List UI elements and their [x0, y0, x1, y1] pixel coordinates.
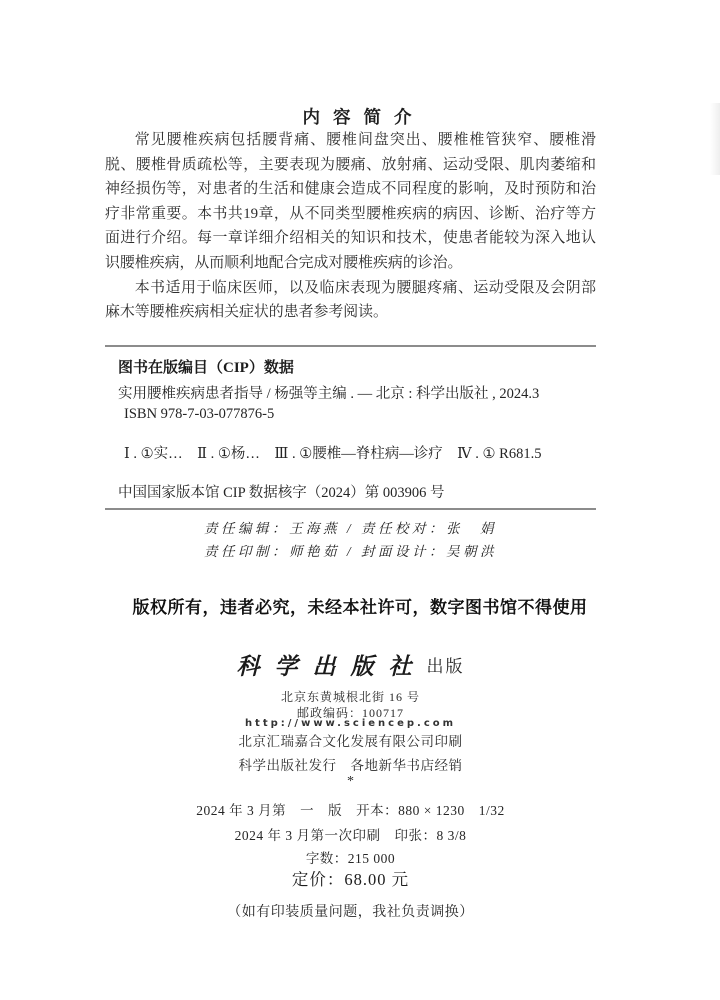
quality-note-line: （如有印装质量问题，我社负责调换） — [105, 901, 596, 921]
intro-paragraph-1: 常见腰椎疾病包括腰背痛、腰椎间盘突出、腰椎椎管狭窄、腰椎滑脱、腰椎骨质疏松等，主… — [105, 128, 596, 276]
book-copyright-page: 内容简介 常见腰椎疾病包括腰背痛、腰椎间盘突出、腰椎椎管狭窄、腰椎滑脱、腰椎骨质… — [0, 0, 720, 1000]
distribution-line: 科学出版社发行 各地新华书店经销 — [105, 754, 596, 774]
impression-line: 2024 年 3 月第一次印刷 印张：8 3/8 — [105, 824, 596, 844]
scan-edge-shadow — [710, 103, 720, 175]
cip-record-number: 中国国家版本馆 CIP 数据核字（2024）第 003906 号 — [118, 483, 445, 503]
copyright-notice: 版权所有，违者必究，未经本社许可，数字图书馆不得使用 — [45, 597, 675, 619]
separator-asterisk: * — [105, 774, 596, 790]
isbn-number: ISBN 978-7-03-077876-5 — [124, 404, 274, 424]
price-line: 定价：68.00 元 — [105, 866, 596, 890]
cip-classification-line: Ⅰ . ①实… Ⅱ . ①杨… Ⅲ . ①腰椎—脊柱病—诊疗 Ⅳ . ① R68… — [124, 444, 541, 464]
cip-title-line: 实用腰椎疾病患者指导 / 杨强等主编 . — 北京 : 科学出版社 , 2024… — [118, 384, 539, 404]
science-press-logo: 科学出版社 — [237, 653, 427, 680]
content-intro-title: 内容简介 — [105, 106, 609, 128]
publisher-logo-suffix: 出版 — [427, 657, 465, 676]
staff-print-design-line: 责任印制：师艳茹 / 封面设计：吴朝洪 — [105, 542, 596, 561]
publisher-url: http://www.sciencep.com — [105, 718, 596, 729]
cip-bottom-rule — [105, 508, 596, 510]
cip-top-rule — [105, 345, 596, 347]
publisher-address: 北京东黄城根北街 16 号 — [105, 688, 596, 705]
printer-line: 北京汇瑞嘉合文化发展有限公司印刷 — [105, 730, 596, 750]
edition-line: 2024 年 3 月第 一 版 开本：880 × 1230 1/32 — [105, 799, 596, 819]
cip-header: 图书在版编目（CIP）数据 — [118, 358, 294, 378]
staff-editors-line: 责任编辑：王海燕 / 责任校对：张 娟 — [105, 519, 596, 538]
word-count-line: 字数：215 000 — [105, 847, 596, 867]
publisher-logo-row: 科学出版社出版 — [105, 652, 596, 685]
content-intro-text: 常见腰椎疾病包括腰背痛、腰椎间盘突出、腰椎椎管狭窄、腰椎滑脱、腰椎骨质疏松等，主… — [105, 128, 596, 325]
intro-paragraph-2: 本书适用于临床医师，以及临床表现为腰腿疼痛、运动受限及会阴部麻木等腰椎疾病相关症… — [105, 276, 596, 325]
